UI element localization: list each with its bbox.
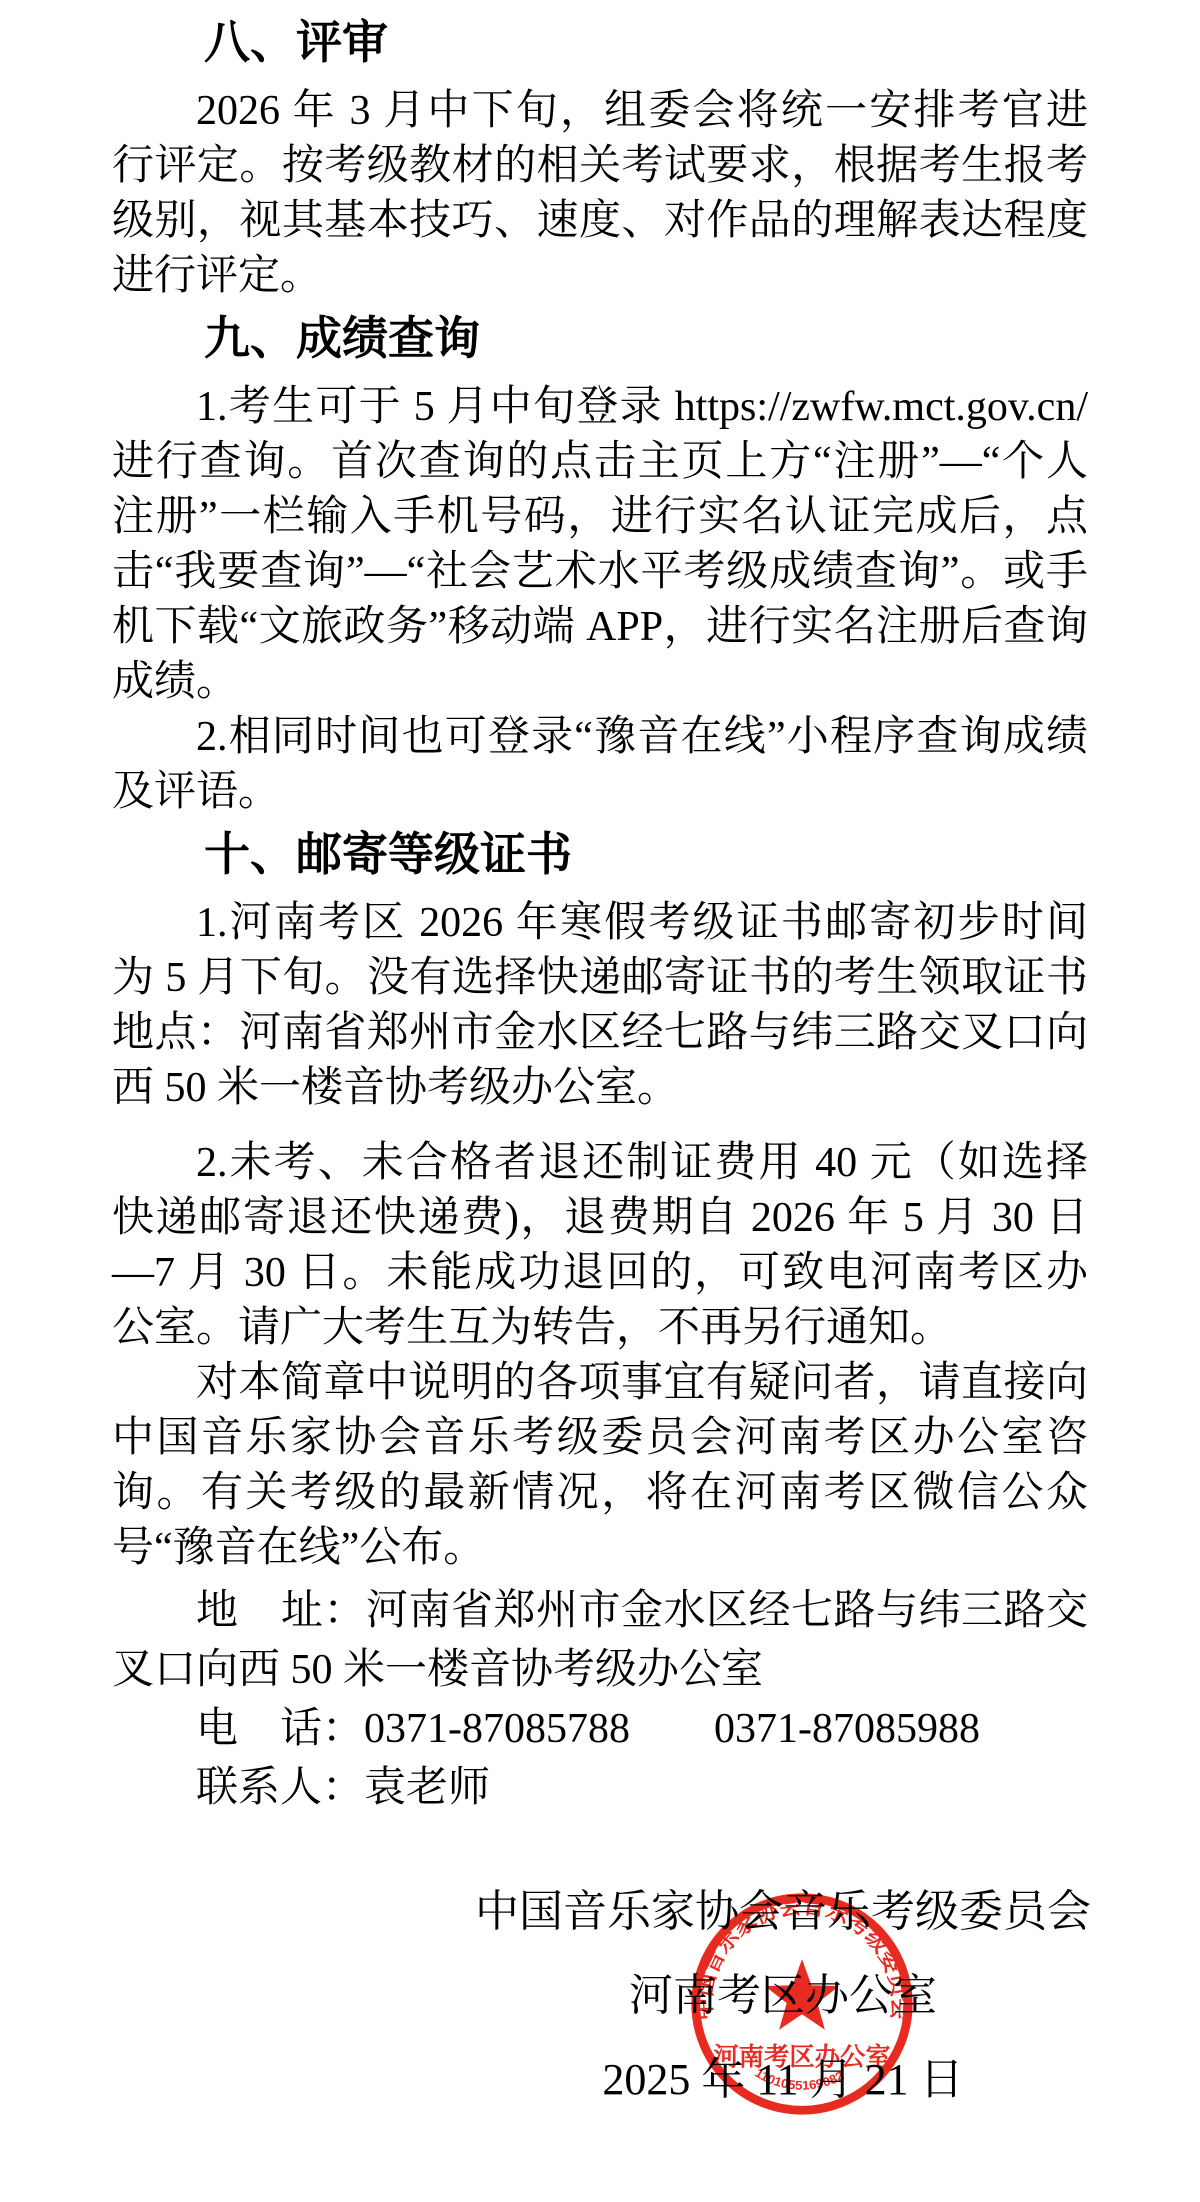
document-page: 八、评审 2026 年 3 月中下旬，组委会将统一安排考官进行评定。按考级教材的…: [0, 0, 1200, 2202]
section-10-paragraph-2: 2.未考、未合格者退还制证费用 40 元（如选择快递邮寄退还快递费)，退费期自 …: [112, 1136, 1088, 1356]
section-10-heading: 十、邮寄等级证书: [112, 822, 1088, 886]
section-9-heading: 九、成绩查询: [112, 306, 1088, 370]
section-10-paragraph-3: 对本简章中说明的各项事宜有疑问者，请直接向中国音乐家协会音乐考级委员会河南考区办…: [112, 1356, 1088, 1576]
signature-block: 中国音乐家协会音乐考级委员会 河南考区办公室 2025 年 11 月 21 日: [295, 1870, 1200, 2122]
signature-office: 河南考区办公室: [295, 1954, 1200, 2038]
section-10-paragraph-1: 1.河南考区 2026 年寒假考级证书邮寄初步时间为 5 月下旬。没有选择快递邮…: [112, 896, 1088, 1116]
section-9-paragraph-2: 2.相同时间也可登录“豫音在线”小程序查询成绩及评语。: [112, 710, 1088, 820]
contact-person: 联系人：袁老师: [112, 1759, 1088, 1818]
section-8-heading: 八、评审: [112, 10, 1088, 74]
signature-date: 2025 年 11 月 21 日: [295, 2038, 1200, 2122]
contact-address: 地 址：河南省郑州市金水区经七路与纬三路交叉口向西 50 米一楼音协考级办公室: [112, 1582, 1088, 1700]
contact-phone: 电 话：0371-87085788 0371-87085988: [112, 1700, 1088, 1759]
section-9-paragraph-1: 1.考生可于 5 月中旬登录 https://zwfw.mct.gov.cn/进…: [112, 380, 1088, 710]
signature-organization: 中国音乐家协会音乐考级委员会: [295, 1870, 1200, 1954]
section-8-paragraph-1: 2026 年 3 月中下旬，组委会将统一安排考官进行评定。按考级教材的相关考试要…: [112, 84, 1088, 304]
